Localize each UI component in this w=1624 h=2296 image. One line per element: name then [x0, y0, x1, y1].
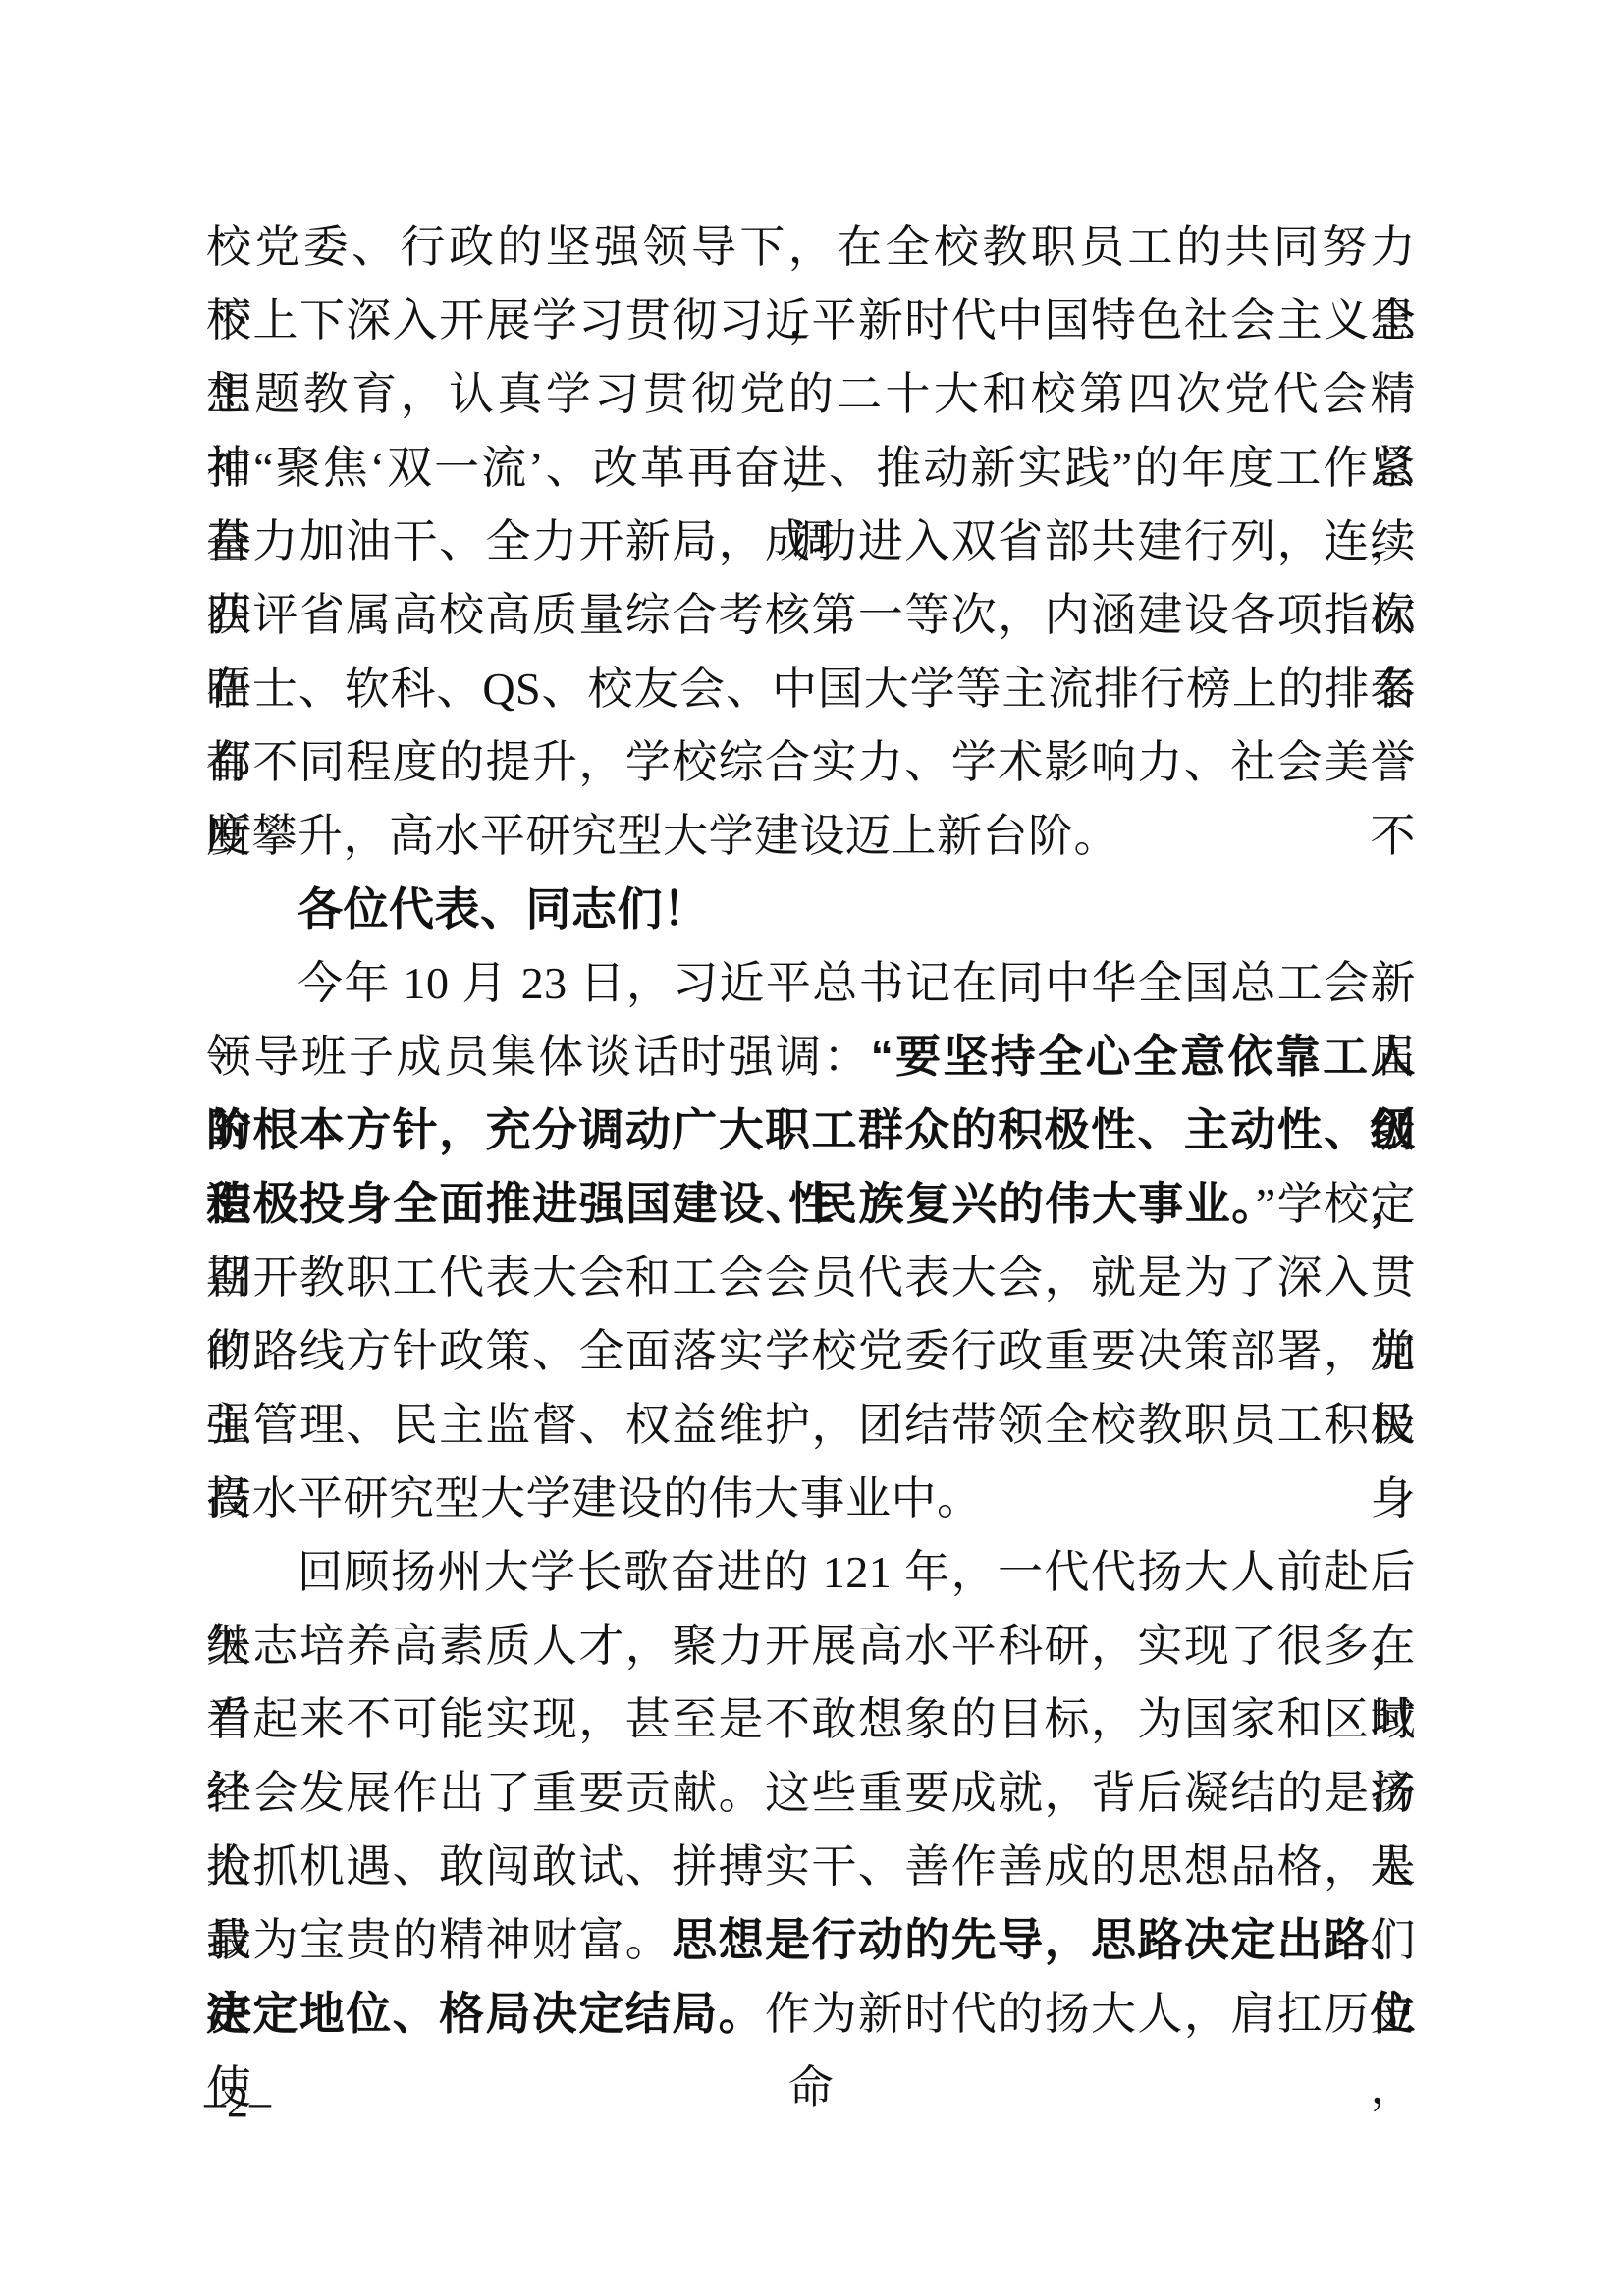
text-line: 校党委、行政的坚强领导下，在全校教职员工的共同努力下，全 [206, 210, 1416, 284]
text-line: 领导班子成员集体谈话时强调：“要坚持全心全意依靠工人阶级 [206, 1020, 1416, 1094]
text-line: 积极投身全面推进强国建设、民族复兴的伟大事业。”学校定期 [206, 1167, 1416, 1241]
text-line: 决定地位、格局决定结局。作为新时代的扬大人，肩扛历史使命， [206, 1977, 1416, 2051]
text-segment: 断攀升，高水平研究型大学建设迈上新台阶。 [206, 811, 1119, 861]
text-line: 主管理、民主监督、权益维护，团结带领全校教职员工积极投身 [206, 1388, 1416, 1462]
text-line: 校上下深入开展学习贯彻习近平新时代中国特色社会主义思想 [206, 284, 1416, 357]
text-line: 奋力加油干、全力开新局，成功进入双省部共建行列，连续四次 [206, 505, 1416, 578]
text-line: 矢志培养高素质人才，聚力开展高水平科研，实现了很多在当时 [206, 1609, 1416, 1682]
text-line: 有不同程度的提升，学校综合实力、学术影响力、社会美誉度不 [206, 725, 1416, 799]
text-line: 社会发展作出了重要贡献。这些重要成就，背后凝结的是扬大人 [206, 1756, 1416, 1830]
text-line: 回顾扬州大学长歌奋进的 121 年，一代代扬大人前赴后继， [206, 1535, 1416, 1609]
text-segment: 最为宝贵的精神财富。 [206, 1915, 672, 1965]
text-line: 的路线方针政策、全面落实学校党委行政重要决策部署，加强民 [206, 1314, 1416, 1388]
text-line: 晤士、软科、QS、校友会、中国大学等主流排行榜上的排名都 [206, 652, 1416, 725]
text-line: 的根本方针，充分调动广大职工群众的积极性、主动性、创造性， [206, 1094, 1416, 1167]
emphasized-text-segment: 积极投身全面推进强国建设、民族复兴的伟大事业。 [206, 1178, 1256, 1229]
text-line: 主题教育，认真学习贯彻党的二十大和校第四次党代会精神，紧 [206, 357, 1416, 431]
text-line: 今年 10 月 23 日，习近平总书记在同中华全国总工会新一届 [206, 946, 1416, 1020]
text-line: 看起来不可能实现，甚至是不敢想象的目标，为国家和区域经济 [206, 1682, 1416, 1756]
text-segment: 领导班子成员集体谈话时强调： [206, 1032, 871, 1082]
text-line: 召开教职工代表大会和工会会员代表大会，就是为了深入贯彻党 [206, 1241, 1416, 1314]
page-number: –2– [204, 2079, 272, 2126]
text-line: 扣“聚焦‘双一流’、改革再奋进、推动新实践”的年度工作总基调， [206, 431, 1416, 505]
document-page: 校党委、行政的坚强领导下，在全校教职员工的共同努力下，全校上下深入开展学习贯彻习… [0, 0, 1624, 2296]
text-line: 抢抓机遇、敢闯敢试、拼搏实干、善作善成的思想品格，是我们 [206, 1830, 1416, 1903]
text-line: 最为宝贵的精神财富。思想是行动的先导，思路决定出路、定位 [206, 1903, 1416, 1977]
emphasized-text-segment: 决定地位、格局决定结局。 [206, 1988, 765, 2039]
text-segment: 高水平研究型大学建设的伟大事业中。 [206, 1473, 983, 1523]
text-line: 各位代表、同志们！ [206, 873, 1416, 946]
text-line: 获评省属高校高质量综合考核第一等次，内涵建设各项指标在泰 [206, 578, 1416, 652]
emphasized-text-segment: 各位代表、同志们！ [298, 883, 709, 934]
document-body: 校党委、行政的坚强领导下，在全校教职员工的共同努力下，全校上下深入开展学习贯彻习… [206, 210, 1416, 2051]
